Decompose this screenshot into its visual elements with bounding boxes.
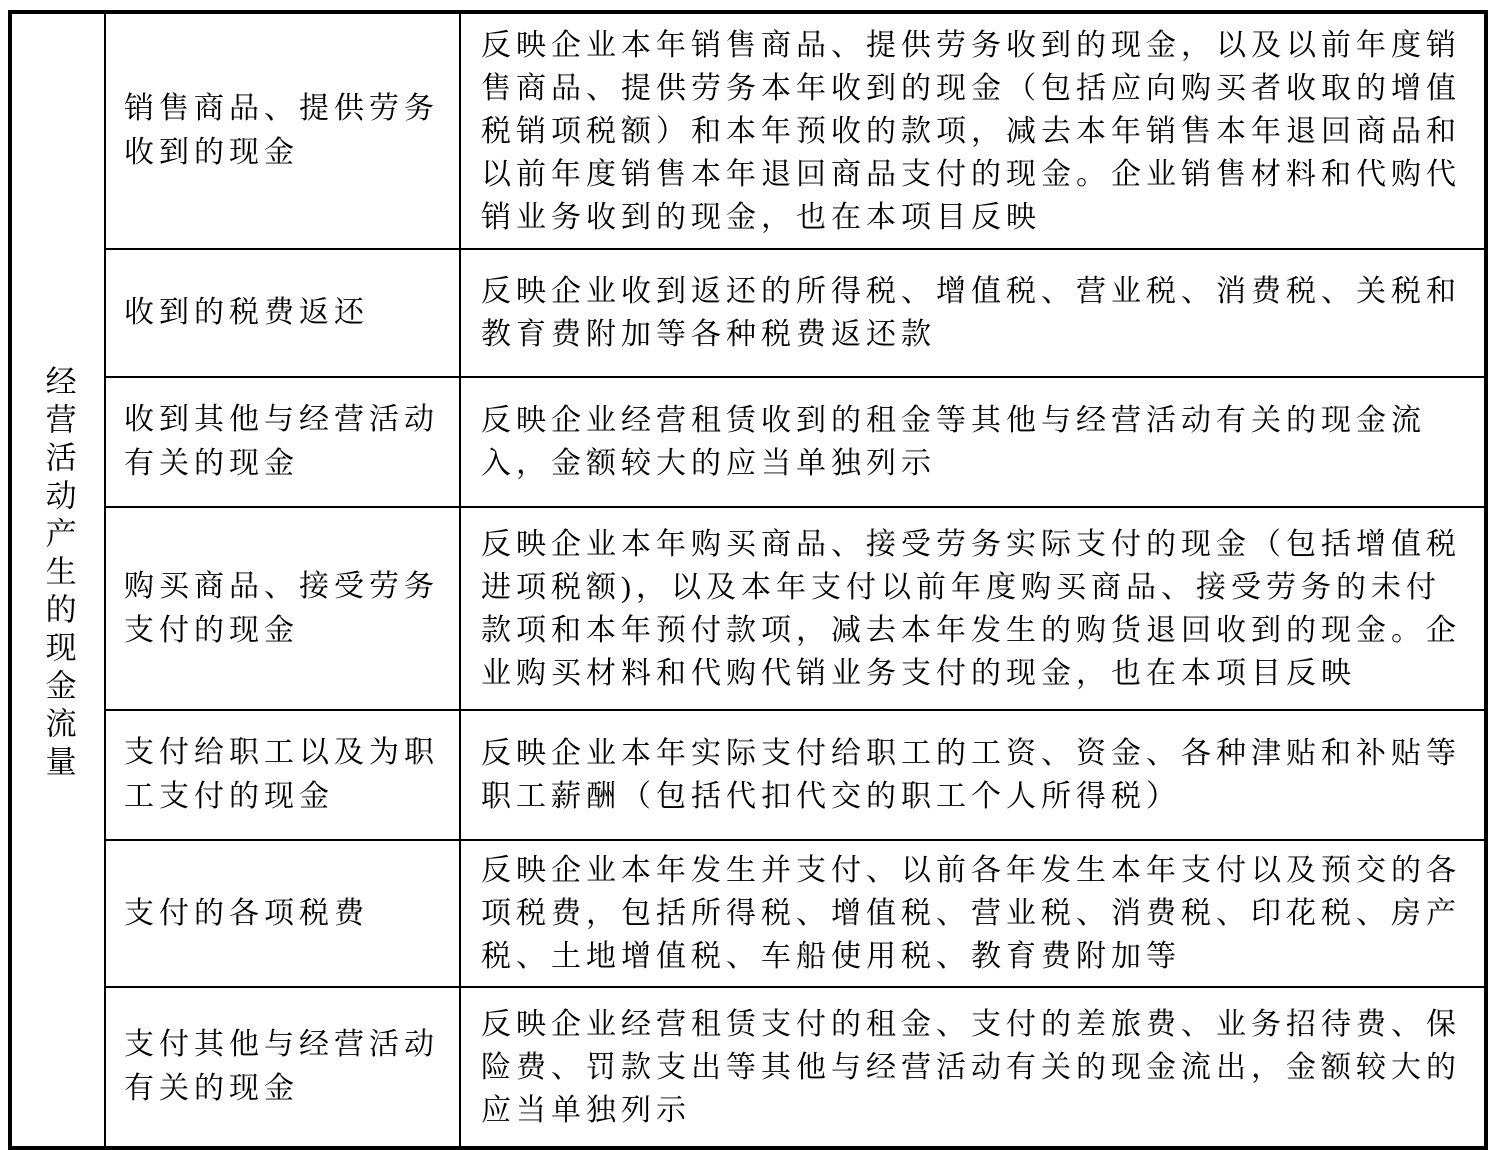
description-cell: 反映企业本年实际支付给职工的工资、资金、各种津贴和补贴等职工薪酬（包括代扣代交的… [460,710,1486,840]
cash-flow-table: 经营活动产生的现金流量 销售商品、提供劳务收到的现金 反映企业本年销售商品、提供… [8,10,1488,1150]
description-text: 反映企业本年销售商品、提供劳务收到的现金，以及以前年度销售商品、提供劳务本年收到… [481,24,1470,239]
description-cell: 反映企业收到返还的所得税、增值税、营业税、消费税、关税和教育费附加等各种税费返还… [460,249,1486,377]
item-label: 收到的税费返还 [124,291,449,335]
description-text: 反映企业本年购买商品、接受劳务实际支付的现金（包括增值税进项税额)，以及本年支付… [481,523,1470,695]
table-row: 经营活动产生的现金流量 销售商品、提供劳务收到的现金 反映企业本年销售商品、提供… [10,12,1486,249]
item-label: 收到其他与经营活动有关的现金 [124,398,449,486]
item-cell: 支付给职工以及为职工支付的现金 [105,710,460,840]
description-text: 反映企业经营租赁收到的租金等其他与经营活动有关的现金流入，金额较大的应当单独列示 [481,399,1470,485]
item-cell: 支付其他与经营活动有关的现金 [105,987,460,1148]
table-row: 支付其他与经营活动有关的现金 反映企业经营租赁支付的租金、支付的差旅费、业务招待… [10,987,1486,1148]
category-cell: 经营活动产生的现金流量 [10,12,105,1148]
item-label: 购买商品、接受劳务支付的现金 [124,565,449,653]
description-text: 反映企业收到返还的所得税、增值税、营业税、消费税、关税和教育费附加等各种税费返还… [481,270,1470,356]
item-label: 支付其他与经营活动有关的现金 [124,1023,449,1111]
table-row: 收到的税费返还 反映企业收到返还的所得税、增值税、营业税、消费税、关税和教育费附… [10,249,1486,377]
description-cell: 反映企业本年购买商品、接受劳务实际支付的现金（包括增值税进项税额)，以及本年支付… [460,507,1486,710]
description-text: 反映企业经营租赁支付的租金、支付的差旅费、业务招待费、保险费、罚款支出等其他与经… [481,1003,1470,1132]
category-label: 经营活动产生的现金流量 [39,365,76,783]
description-cell: 反映企业经营租赁收到的租金等其他与经营活动有关的现金流入，金额较大的应当单独列示 [460,377,1486,507]
item-label: 支付的各项税费 [124,892,449,936]
item-cell: 支付的各项税费 [105,840,460,987]
item-label: 销售商品、提供劳务收到的现金 [124,87,449,175]
table-row: 购买商品、接受劳务支付的现金 反映企业本年购买商品、接受劳务实际支付的现金（包括… [10,507,1486,710]
description-text: 反映企业本年实际支付给职工的工资、资金、各种津贴和补贴等职工薪酬（包括代扣代交的… [481,732,1470,818]
item-cell: 购买商品、接受劳务支付的现金 [105,507,460,710]
item-cell: 销售商品、提供劳务收到的现金 [105,12,460,249]
item-label: 支付给职工以及为职工支付的现金 [124,731,449,819]
description-cell: 反映企业经营租赁支付的租金、支付的差旅费、业务招待费、保险费、罚款支出等其他与经… [460,987,1486,1148]
item-cell: 收到的税费返还 [105,249,460,377]
description-text: 反映企业本年发生并支付、以前各年发生本年支付以及预交的各项税费，包括所得税、增值… [481,849,1470,978]
table-row: 支付给职工以及为职工支付的现金 反映企业本年实际支付给职工的工资、资金、各种津贴… [10,710,1486,840]
description-cell: 反映企业本年销售商品、提供劳务收到的现金，以及以前年度销售商品、提供劳务本年收到… [460,12,1486,249]
description-cell: 反映企业本年发生并支付、以前各年发生本年支付以及预交的各项税费，包括所得税、增值… [460,840,1486,987]
table-row: 支付的各项税费 反映企业本年发生并支付、以前各年发生本年支付以及预交的各项税费，… [10,840,1486,987]
table-row: 收到其他与经营活动有关的现金 反映企业经营租赁收到的租金等其他与经营活动有关的现… [10,377,1486,507]
item-cell: 收到其他与经营活动有关的现金 [105,377,460,507]
